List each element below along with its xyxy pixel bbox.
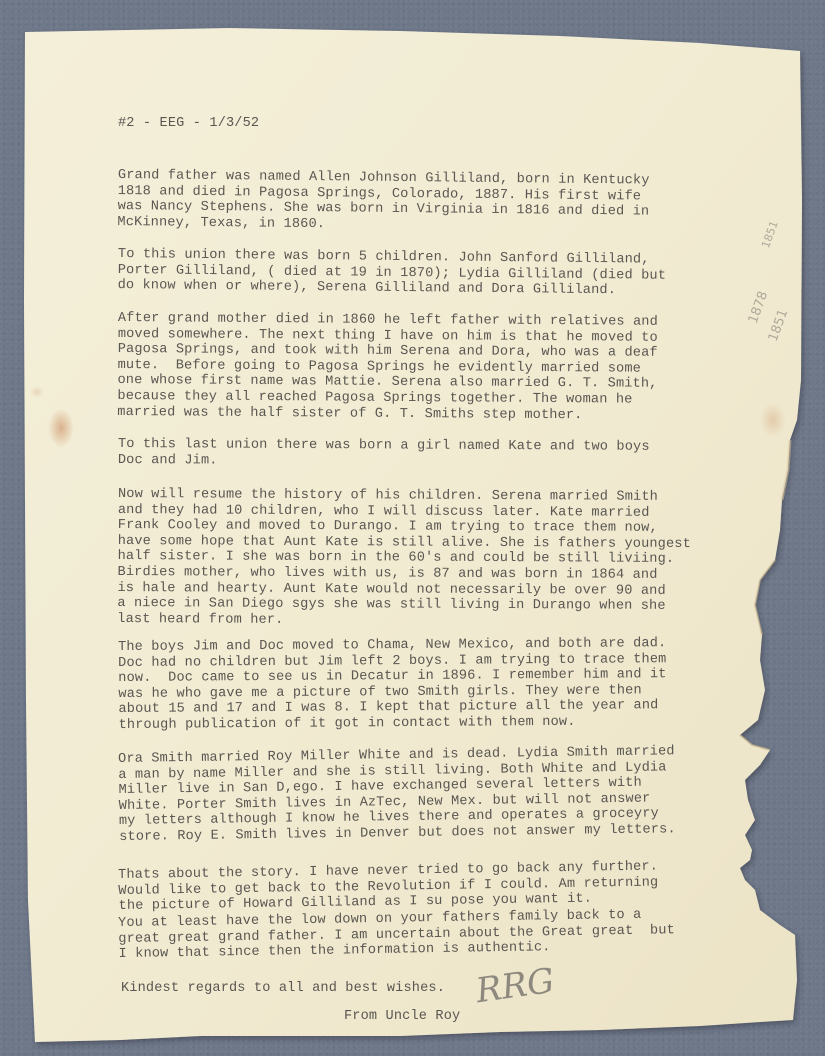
- text-line: Doc and Jim.: [118, 453, 650, 471]
- document-header: #2 - EEG - 1/3/52: [118, 116, 259, 132]
- paragraph: The boys Jim and Doc moved to Chama, New…: [118, 636, 667, 733]
- text-line: last heard from her.: [117, 612, 690, 631]
- paragraph: Grand father was named Allen Johnson Gil…: [117, 168, 649, 236]
- paragraph: You at least have the low down on your f…: [118, 907, 675, 963]
- paper-stain: [760, 402, 786, 438]
- paragraph: To this union there was born 5 children.…: [118, 247, 667, 300]
- paper-stain: [48, 408, 74, 448]
- paragraph: Now will resume the history of his child…: [117, 487, 691, 630]
- closing-line: Kindest regards to all and best wishes.: [121, 981, 445, 997]
- paragraph: Ora Smith married Roy Miller White and i…: [118, 744, 676, 845]
- paragraph: To this last union there was born a girl…: [118, 437, 650, 471]
- paragraph: Thats about the story. I have never trie…: [118, 860, 659, 915]
- paragraph: After grand mother died in 1860 he left …: [117, 311, 658, 424]
- document-page: 1851 1878 1851 #2 - EEG - 1/3/52 Grand f…: [0, 0, 825, 1056]
- paper-stain: [30, 386, 44, 398]
- signoff: From Uncle Roy: [344, 1009, 460, 1025]
